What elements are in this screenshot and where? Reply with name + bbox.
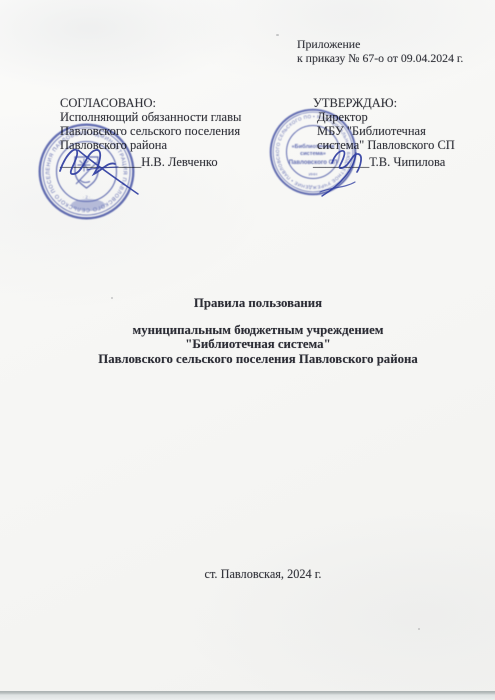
title-line-2: муниципальным бюджетным учреждением xyxy=(21,323,495,337)
scan-speck xyxy=(276,34,279,36)
scan-bottom-edge xyxy=(0,691,495,700)
levchenko-signature-icon xyxy=(52,140,162,198)
title-line-1: Правила пользования xyxy=(21,296,495,311)
scan-speck xyxy=(418,628,420,630)
annex-line-1: Приложение xyxy=(297,38,463,52)
scan-speck xyxy=(111,297,113,299)
document-title: Правила пользования муниципальным бюджет… xyxy=(21,296,495,366)
chipilova-signature-icon xyxy=(310,144,382,200)
agreed-heading: СОГЛАСОВАНО: xyxy=(60,96,241,110)
admin-seal-smudge xyxy=(71,199,105,211)
annex-note: Приложение к приказу № 67-о от 09.04.202… xyxy=(297,38,463,66)
place-and-year: ст. Павловская, 2024 г. xyxy=(31,567,495,582)
scanned-document-page: Приложение к приказу № 67-о от 09.04.202… xyxy=(0,0,495,700)
annex-line-2: к приказу № 67-о от 09.04.2024 г. xyxy=(297,52,463,66)
title-line-3: "Библиотечная система" xyxy=(21,337,495,351)
title-line-4: Павловского сельского поселения Павловск… xyxy=(21,352,495,366)
